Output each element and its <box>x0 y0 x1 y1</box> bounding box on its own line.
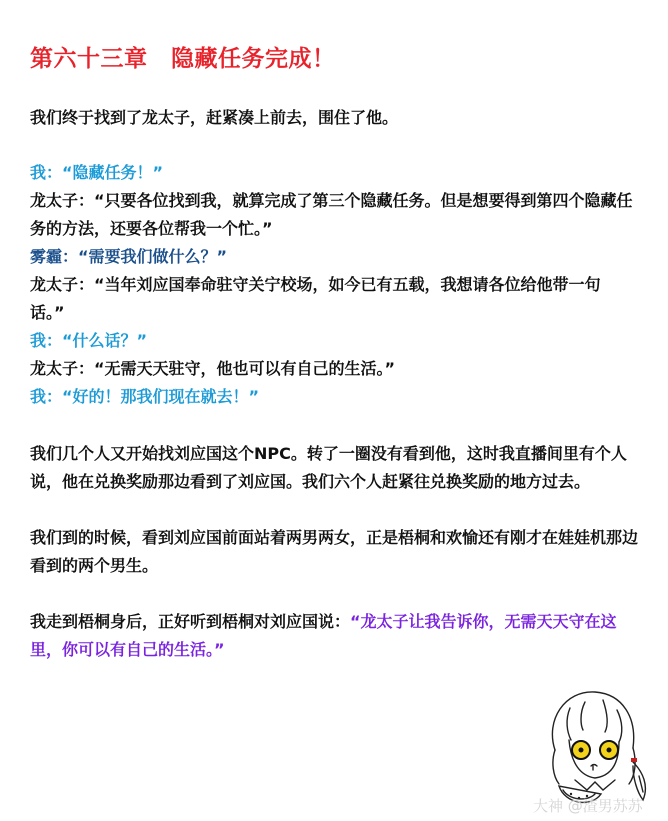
arrival-line-2: 看到的两个男生。 <box>30 552 640 580</box>
search-line-2: 说，他在兑换奖励那边看到了刘应国。我们六个人赶紧往兑换奖励的地方过去。 <box>30 468 640 496</box>
dialog-me-3: 我：“好的！那我们现在就去！” <box>30 383 640 411</box>
watermark-text: 大神 @渣男苏苏 <box>533 795 643 816</box>
paragraph-intro: 我们终于找到了龙太子，赶紧凑上前去，围住了他。 <box>30 104 640 132</box>
message-quote-b: 里，你可以有自己的生活。” <box>30 636 640 664</box>
dialog-me-2: 我：“什么话？” <box>30 327 640 355</box>
chibi-mascot-image <box>525 680 660 810</box>
dialog-dragon-1a: 龙太子：“只要各位找到我，就算完成了第三个隐藏任务。但是想要得到第四个隐藏任 <box>30 187 640 215</box>
paragraph-search: 我们几个人又开始找刘应国这个NPC。转了一圈没有看到他，这时我直播间里有个人 说… <box>30 440 640 496</box>
dialog-wumai-1: 雾霾：“需要我们做什么？” <box>30 243 640 271</box>
message-prefix: 我走到梧桐身后，正好听到梧桐对刘应国说： <box>30 612 350 631</box>
dialog-block: 我：“隐藏任务！” 龙太子：“只要各位找到我，就算完成了第三个隐藏任务。但是想要… <box>30 159 640 411</box>
dialog-dragon-2a: 龙太子：“当年刘应国奉命驻守关宁校场，如今已有五载，我想请各位给他带一句 <box>30 271 640 299</box>
chapter-title: 第六十三章 隐藏任务完成！ <box>30 40 336 73</box>
dialog-me-1: 我：“隐藏任务！” <box>30 159 640 187</box>
message-quote-a: “龙太子让我告诉你，无需天天守在这 <box>350 612 617 631</box>
dialog-dragon-1b: 务的方法，还要各位帮我一个忙。” <box>30 215 640 243</box>
arrival-line-1: 我们到的时候，看到刘应国前面站着两男两女，正是梧桐和欢愉还有刚才在娃娃机那边 <box>30 524 640 552</box>
message-line-1: 我走到梧桐身后，正好听到梧桐对刘应国说：“龙太子让我告诉你，无需天天守在这 <box>30 608 640 636</box>
dialog-dragon-2b: 话。” <box>30 299 640 327</box>
intro-line: 我们终于找到了龙太子，赶紧凑上前去，围住了他。 <box>30 104 640 132</box>
dialog-dragon-3: 龙太子：“无需天天驻守，他也可以有自己的生活。” <box>30 355 640 383</box>
paragraph-message: 我走到梧桐身后，正好听到梧桐对刘应国说：“龙太子让我告诉你，无需天天守在这 里，… <box>30 608 640 664</box>
paragraph-arrival: 我们到的时候，看到刘应国前面站着两男两女，正是梧桐和欢愉还有刚才在娃娃机那边 看… <box>30 524 640 580</box>
chibi-girl-icon <box>525 680 660 810</box>
search-line-1: 我们几个人又开始找刘应国这个NPC。转了一圈没有看到他，这时我直播间里有个人 <box>30 440 640 468</box>
